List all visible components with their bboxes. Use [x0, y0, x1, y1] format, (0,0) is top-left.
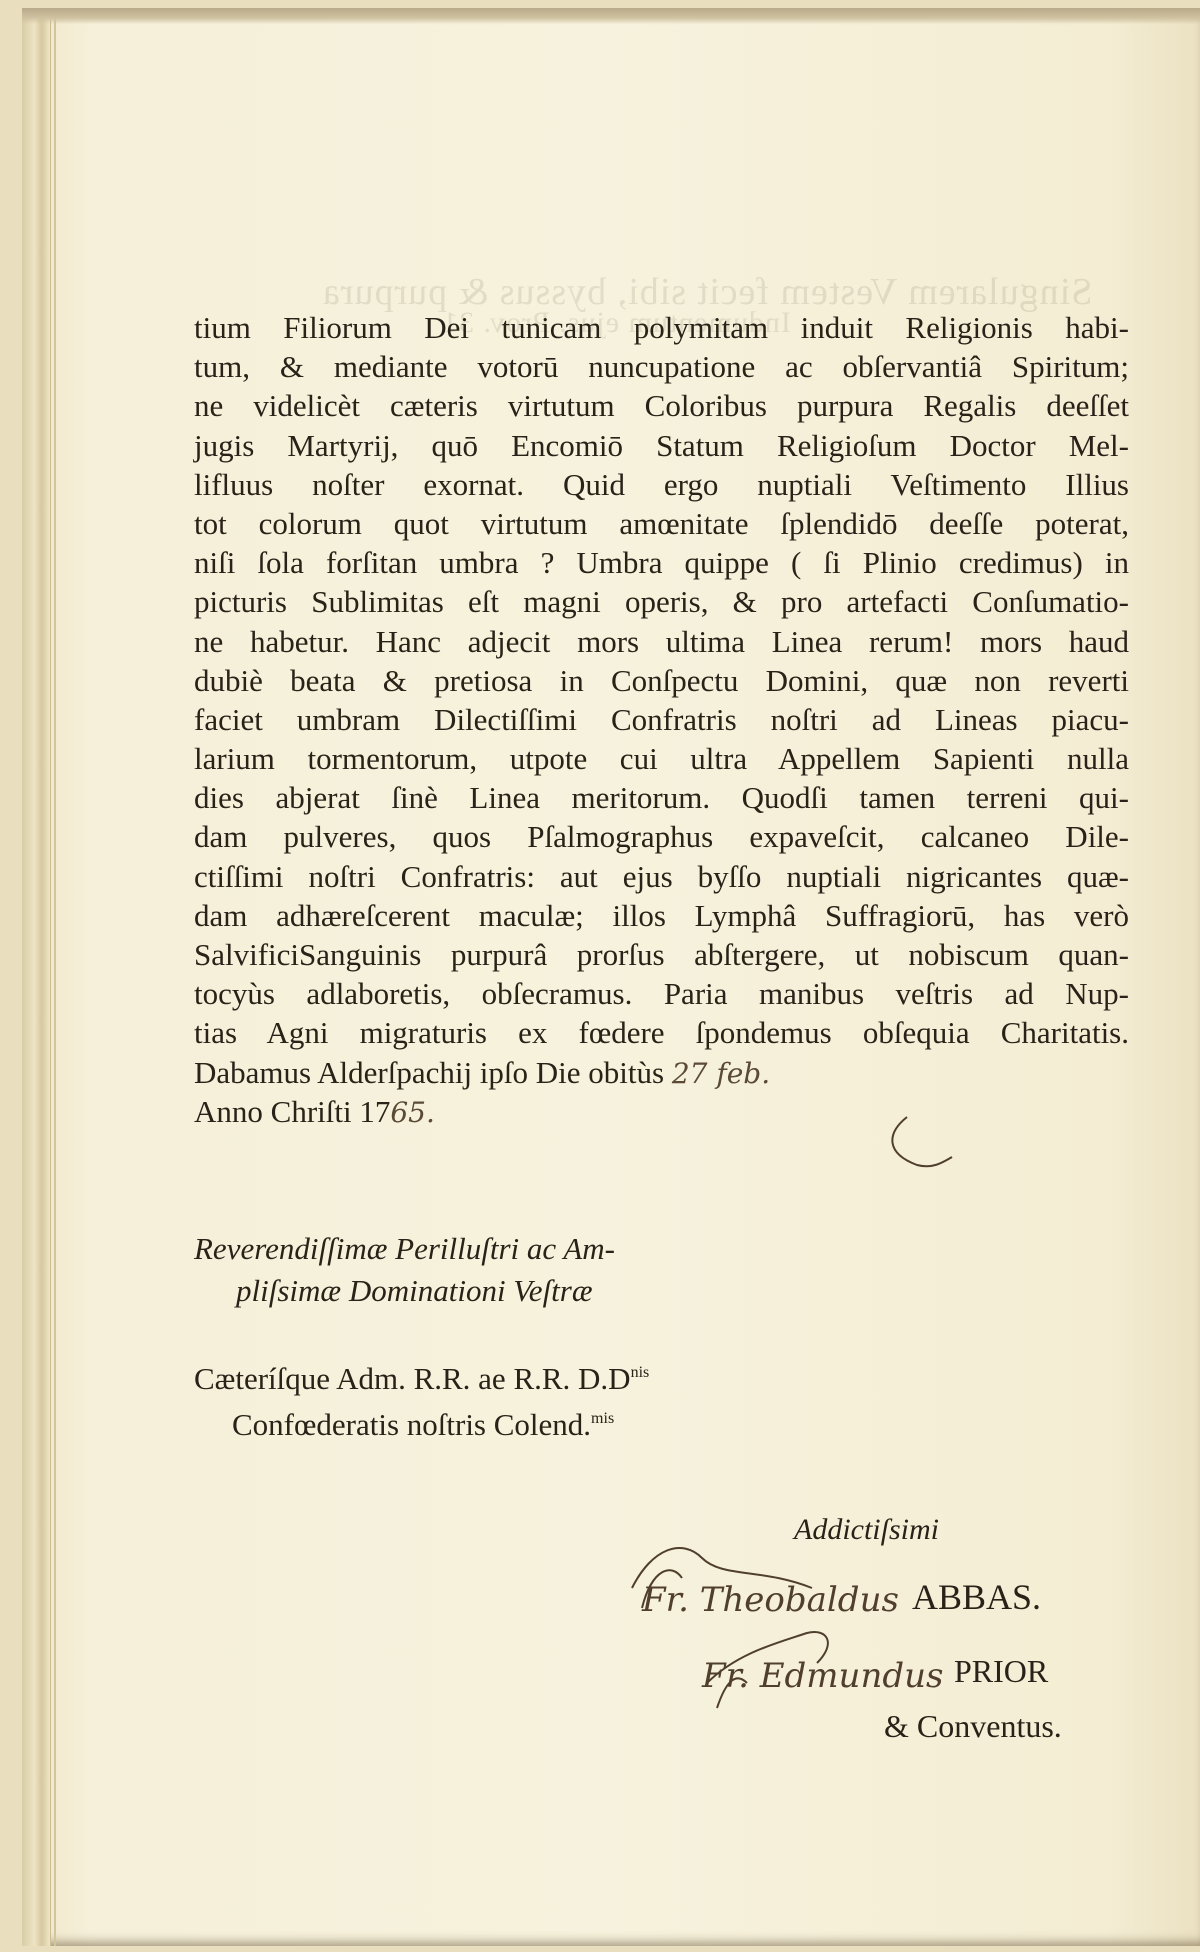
handwritten-year: 65. [390, 1096, 435, 1129]
address-line-1: Reverendiſſimæ Perilluſtri ac Am- [194, 1231, 615, 1266]
year-line: Anno Chriſti 1765. [194, 1092, 1129, 1131]
copy-to-block: Cæteríſque Adm. R.R. ae R.R. D.Dnis Conf… [194, 1353, 649, 1445]
document-page: Singularem Vestem fecit sibi, byssus & p… [22, 8, 1200, 1946]
body-line: niſi ſola forſitan umbra ? Umbra quippe … [194, 543, 1129, 582]
binding-fold-line [54, 8, 56, 1946]
copy-line-2: Confœderatis noſtris Colend.mis [194, 1399, 649, 1445]
body-line: ctiſſimi noſtri Confratris: aut ejus byſ… [194, 857, 1129, 896]
convent-label: & Conventus. [884, 1708, 1062, 1745]
abbot-title: ABBAS. [912, 1576, 1041, 1618]
body-line: lifluus noſter exornat. Quid ergo nuptia… [194, 465, 1129, 504]
body-line: tot colorum quot virtutum amœnitate ſple… [194, 504, 1129, 543]
body-line: SalvificiSanguinis purpurâ prorſus abſte… [194, 935, 1129, 974]
body-line: faciet umbram Dilectiſſimi Confratris no… [194, 700, 1129, 739]
prior-title: PRIOR [954, 1653, 1048, 1690]
dating-line: Dabamus Alderſpachij ipſo Die obitùs 27 … [194, 1053, 1129, 1092]
body-line: tium Filiorum Dei tunicam polymitam indu… [194, 308, 1129, 347]
letter-body: tium Filiorum Dei tunicam polymitam indu… [194, 308, 1129, 1131]
dating-line-printed: Dabamus Alderſpachij ipſo Die obitùs [194, 1055, 664, 1090]
address-block: Reverendiſſimæ Perilluſtri ac Am- pliſsi… [194, 1228, 615, 1312]
body-line: ne habetur. Hanc adjecit mors ultima Lin… [194, 622, 1129, 661]
copy-line-1: Cæteríſque Adm. R.R. ae R.R. D.Dnis [194, 1361, 649, 1396]
body-line: dam pulveres, quos Pſalmographus expaveſ… [194, 817, 1129, 856]
prior-signature: Fr. Edmundus [702, 1656, 943, 1696]
body-line: picturis Sublimitas eſt magni operis, & … [194, 582, 1129, 621]
binding-strip [22, 8, 51, 1946]
body-line: jugis Martyrij, quō Encomiō Statum Relig… [194, 426, 1129, 465]
body-line: tum, & mediante votorū nuncupatione ac o… [194, 347, 1129, 386]
page-top-edge [22, 8, 1200, 24]
handwritten-date: 27 feb. [672, 1057, 770, 1090]
address-line-2: pliſsimæ Dominationi Veſtræ [194, 1270, 615, 1312]
body-line: ne videlicèt cæteris virtutum Coloribus … [194, 386, 1129, 425]
abbot-signature: Fr. Theobaldus [642, 1580, 899, 1620]
body-line: larium tormentorum, utpote cui ultra App… [194, 739, 1129, 778]
body-line: dies abjerat ſinè Linea meritorum. Quodſ… [194, 778, 1129, 817]
body-line: dam adhæreſcerent maculæ; illos Lymphâ S… [194, 896, 1129, 935]
body-line: tocyùs adlaboretis, obſecramus. Paria ma… [194, 974, 1129, 1013]
body-line: tias Agni migraturis ex fœdere ſpondemus… [194, 1013, 1129, 1052]
body-line: dubiè beata & pretiosa in Conſpectu Domi… [194, 661, 1129, 700]
year-line-printed: Anno Chriſti 17 [194, 1094, 390, 1129]
ink-flourish-icon [877, 1113, 957, 1173]
